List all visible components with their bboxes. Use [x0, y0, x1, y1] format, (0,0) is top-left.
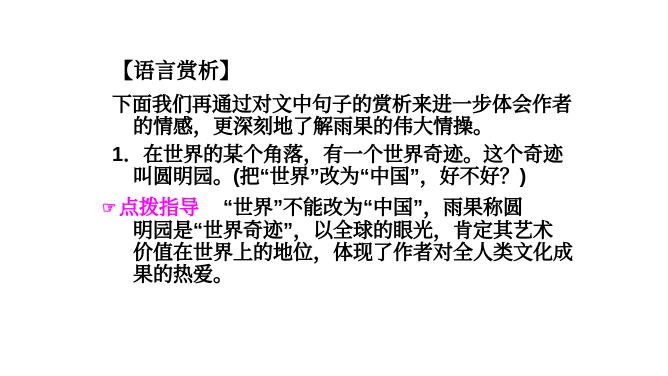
- question-line-1: 1．在世界的某个角落，有一个世界奇迹。这个奇迹: [112, 144, 592, 166]
- guidance-label: 点拨指导: [119, 197, 199, 219]
- intro-line-2: 的情感，更深刻地了解雨果的伟大情操。: [112, 116, 592, 138]
- slide-content: 【语言赏析】 下面我们再通过对文中句子的赏析来进一步体会作者 的情感，更深刻地了…: [112, 59, 592, 292]
- guidance-line-1-text: “世界”不能改为“中国”，雨果称圆: [223, 197, 523, 219]
- guidance-line-3: 价值在世界上的地位，体现了作者对全人类文化成: [112, 242, 592, 264]
- intro-line-1: 下面我们再通过对文中句子的赏析来进一步体会作者: [112, 94, 592, 116]
- guidance-line-4: 果的热爱。: [112, 264, 592, 286]
- pointing-hand-icon: ☞: [102, 198, 119, 220]
- slide-title: 【语言赏析】: [112, 59, 592, 85]
- question-item: 1．在世界的某个角落，有一个世界奇迹。这个奇迹 叫圆明园。(把“世界”改为“中国…: [112, 144, 592, 188]
- presentation-slide: 【语言赏析】 下面我们再通过对文中句子的赏析来进一步体会作者 的情感，更深刻地了…: [0, 0, 668, 376]
- intro-paragraph: 下面我们再通过对文中句子的赏析来进一步体会作者 的情感，更深刻地了解雨果的伟大情…: [112, 94, 592, 138]
- guidance-line-2: 明园是“世界奇迹”，以全球的眼光，肯定其艺术: [112, 220, 592, 242]
- question-line-2: 叫圆明园。(把“世界”改为“中国”，好不好？): [112, 166, 592, 188]
- guidance-paragraph: ☞点拨指导“世界”不能改为“中国”，雨果称圆 明园是“世界奇迹”，以全球的眼光，…: [112, 197, 592, 286]
- guidance-line-1: ☞点拨指导“世界”不能改为“中国”，雨果称圆: [102, 197, 592, 220]
